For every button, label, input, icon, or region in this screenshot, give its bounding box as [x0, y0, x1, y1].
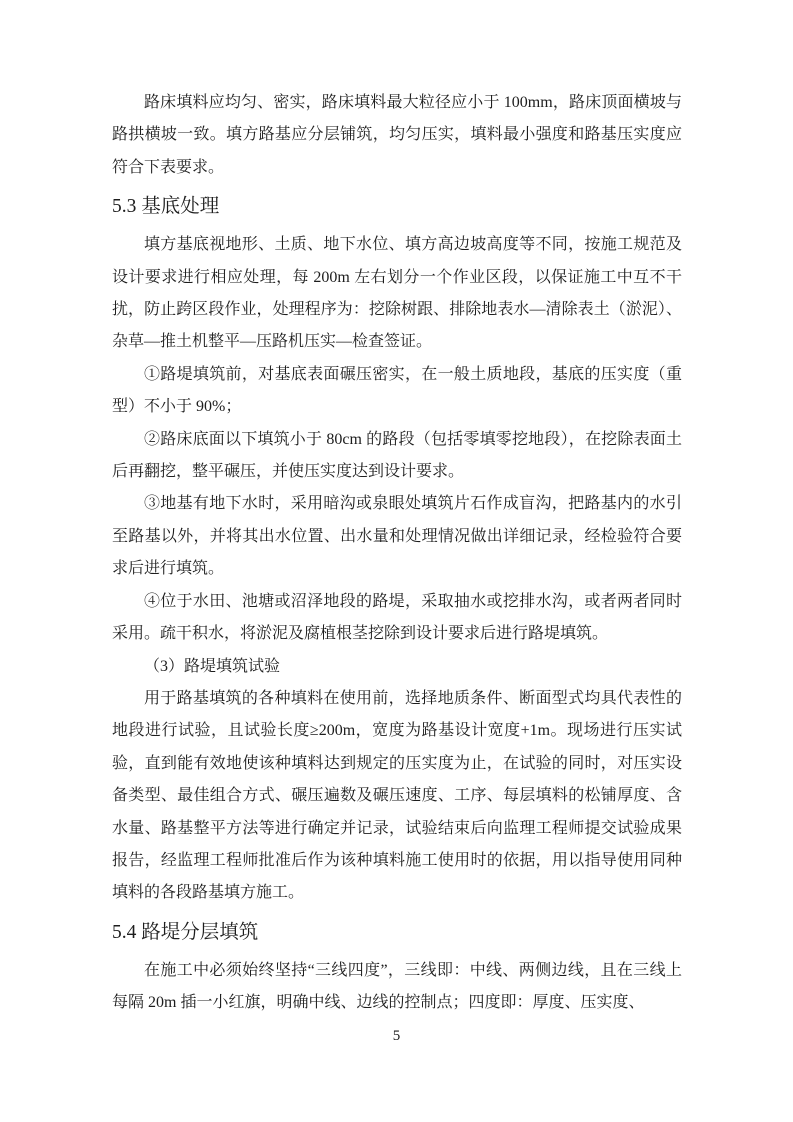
paragraph-item-1: ①路堤填筑前，对基底表面碾压密实，在一般土质地段，基底的压实度（重型）不小于 9… [112, 359, 682, 424]
section-heading-5-3: 5.3 基底处理 [112, 184, 682, 229]
paragraph-roadbed-fill: 路床填料应均匀、密实，路床填料最大粒径应小于 100mm，路床顶面横坡与路拱横坡… [112, 87, 682, 184]
paragraph-subheading-fill-test: （3）路堤填筑试验 [112, 651, 682, 683]
paragraph-fill-test-detail: 用于路基填筑的各种填料在使用前，选择地质条件、断面型式均具代表性的地段进行试验，… [112, 683, 682, 910]
paragraph-three-lines-four-degrees: 在施工中必须始终坚持“三线四度”，三线即：中线、两侧边线，且在三线上每隔 20m… [112, 955, 682, 1020]
page-number: 5 [0, 1026, 793, 1046]
paragraph-item-2: ②路床底面以下填筑小于 80cm 的路段（包括零填零挖地段），在挖除表面土后再翻… [112, 424, 682, 489]
paragraph-item-4: ④位于水田、池塘或沼泽地段的路堤，采取抽水或挖排水沟，或者两者同时采用。疏干积水… [112, 586, 682, 651]
section-heading-5-4: 5.4 路堤分层填筑 [112, 910, 682, 955]
paragraph-foundation-treatment: 填方基底视地形、土质、地下水位、填方高边坡高度等不同，按施工规范及设计要求进行相… [112, 229, 682, 359]
document-page: 路床填料应均匀、密实，路床填料最大粒径应小于 100mm，路床顶面横坡与路拱横坡… [0, 0, 793, 1122]
document-body: 路床填料应均匀、密实，路床填料最大粒径应小于 100mm，路床顶面横坡与路拱横坡… [112, 87, 682, 1020]
paragraph-item-3: ③地基有地下水时，采用暗沟或泉眼处填筑片石作成盲沟，把路基内的水引至路基以外，并… [112, 488, 682, 585]
